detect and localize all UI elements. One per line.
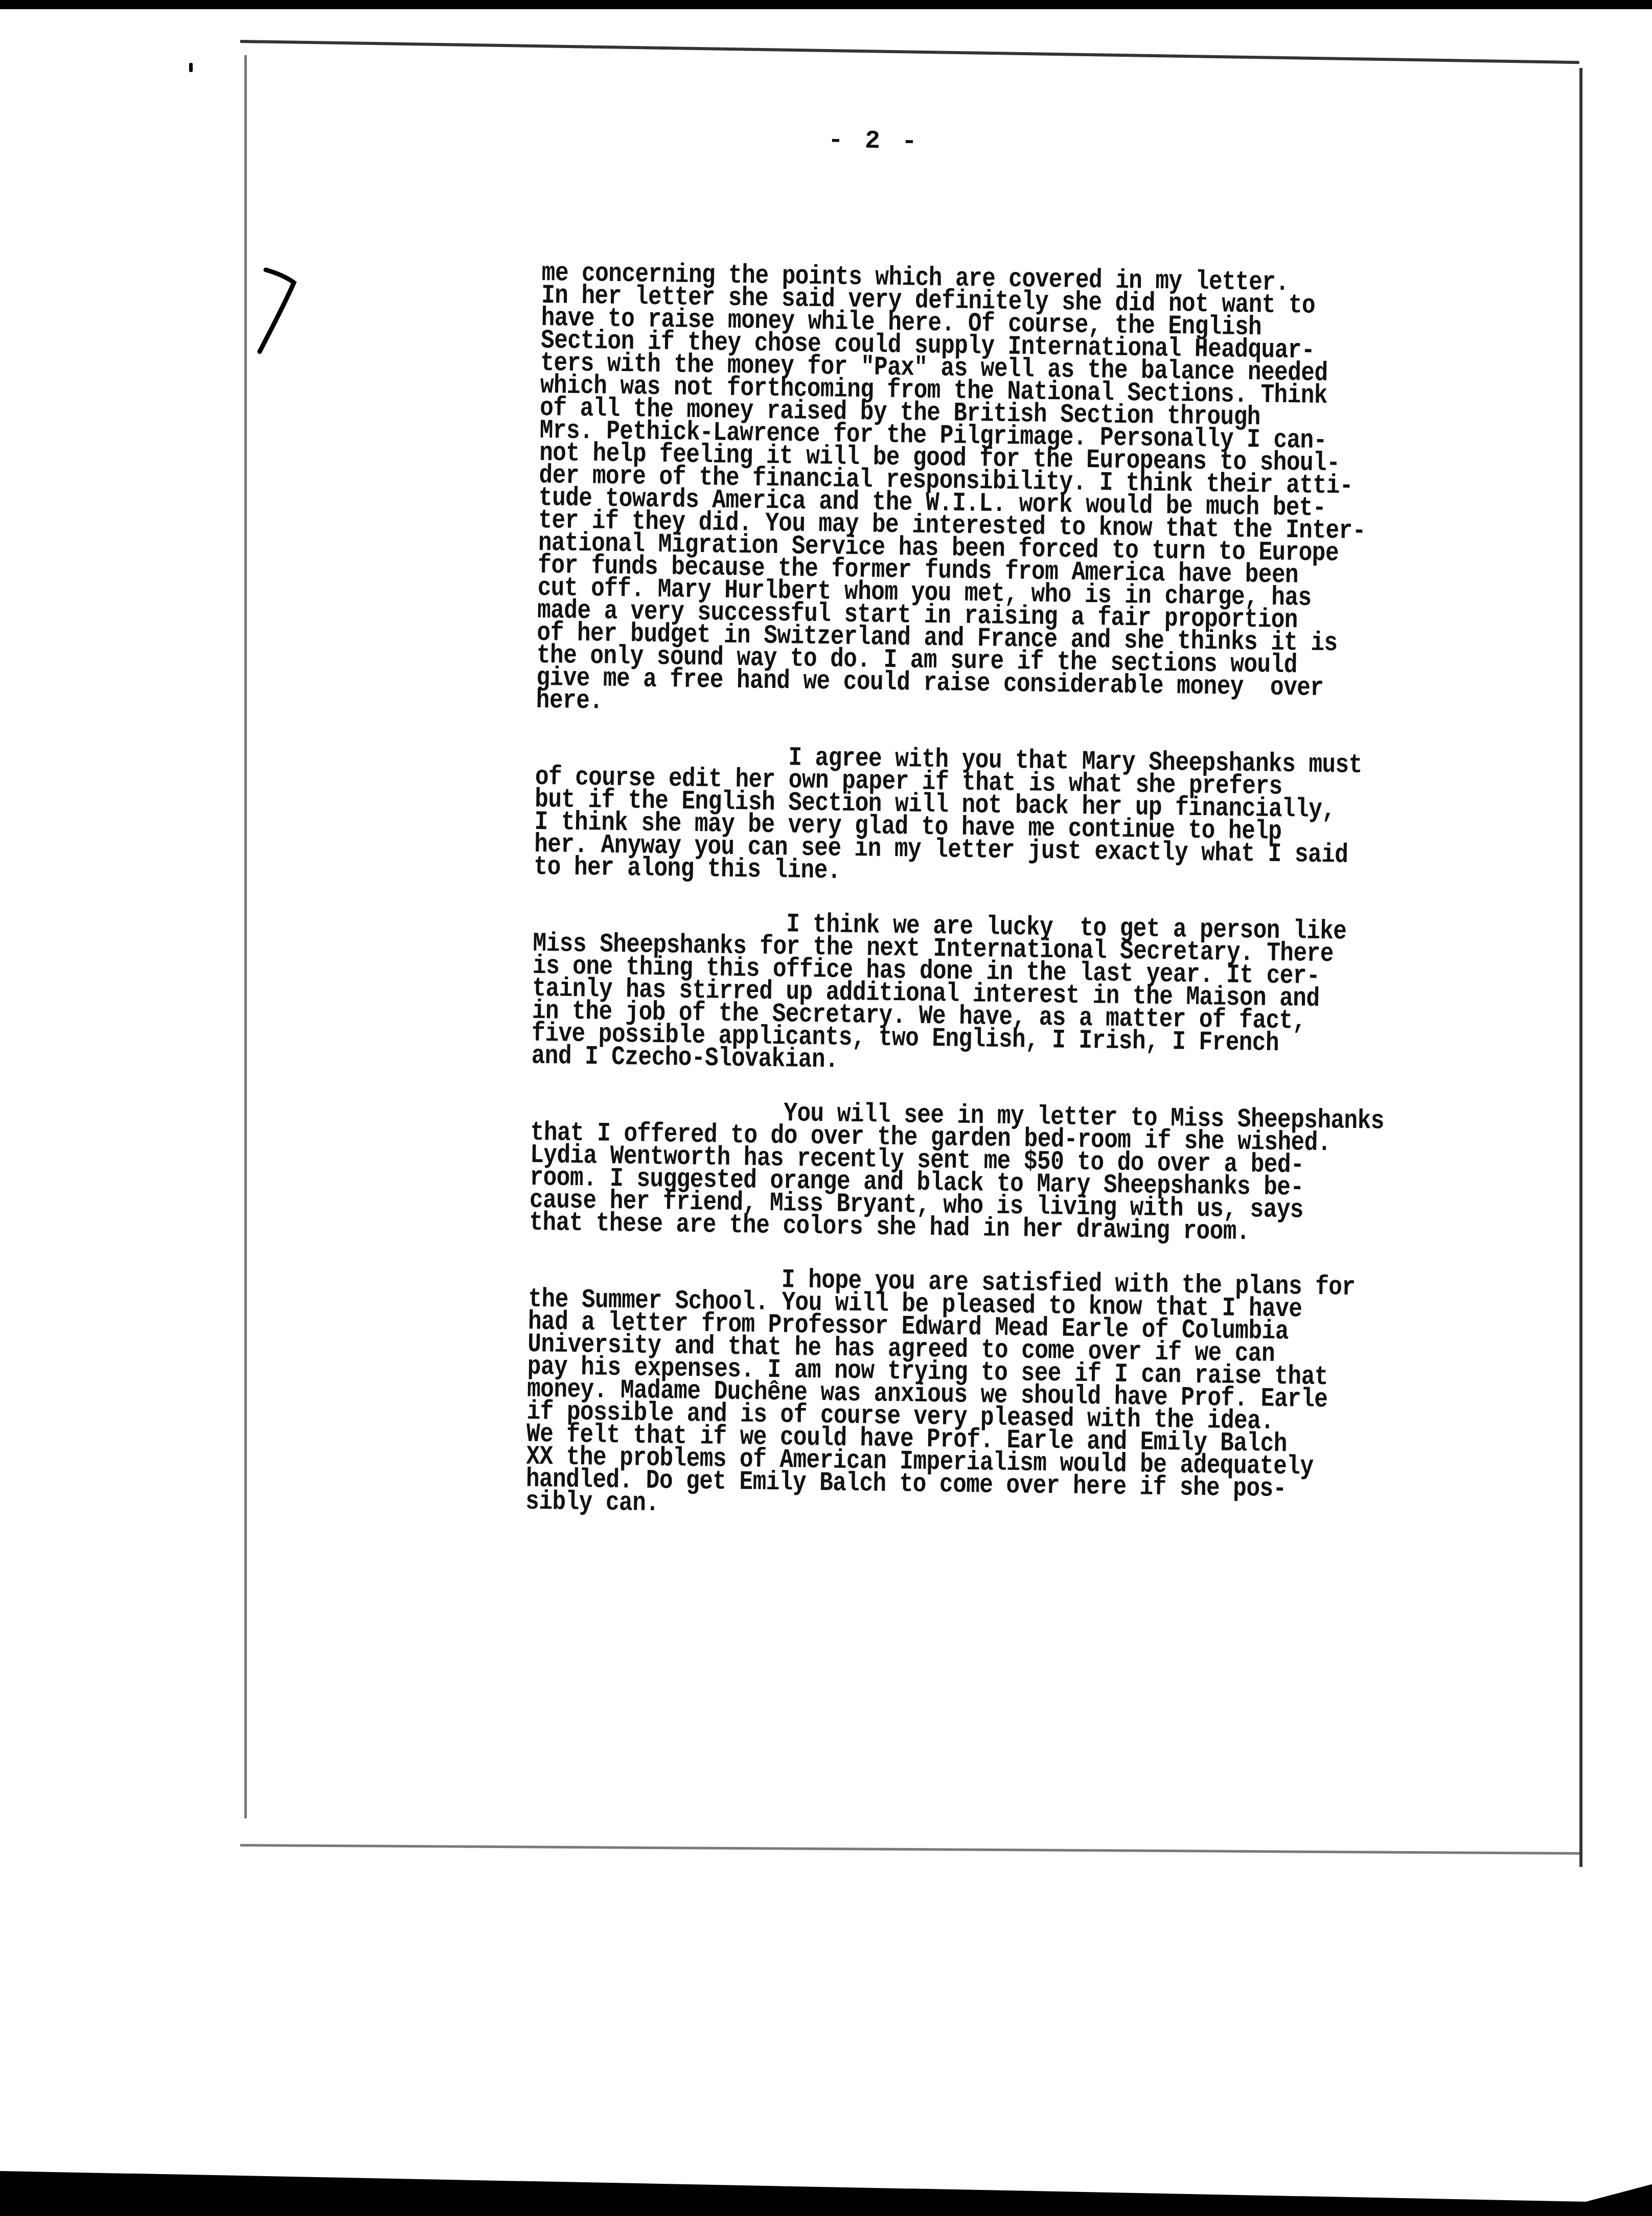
letter-paragraph: I hope you are satisfied with the plans … (525, 1266, 1551, 1527)
scanned-letter-page: - 2 - me concerning the points which are… (0, 9, 1652, 2202)
scan-border-left (244, 55, 247, 1818)
letter-body: me concerning the points which are cover… (525, 262, 1564, 1558)
scan-border-top (240, 40, 1579, 64)
page-number: - 2 - (828, 126, 921, 157)
letter-paragraph: me concerning the points which are cover… (536, 262, 1564, 725)
letter-paragraph: You will see in my letter to Miss Sheeps… (529, 1099, 1553, 1248)
letter-paragraph: I think we are lucky to get a person lik… (531, 910, 1555, 1081)
letter-paragraph: I agree with you that Mary Sheepshanks m… (534, 744, 1557, 892)
scan-border-right (1579, 68, 1582, 1867)
scan-speck (189, 63, 193, 72)
handwritten-seven-mark-icon (256, 265, 317, 357)
scan-border-bottom (240, 1844, 1579, 1855)
